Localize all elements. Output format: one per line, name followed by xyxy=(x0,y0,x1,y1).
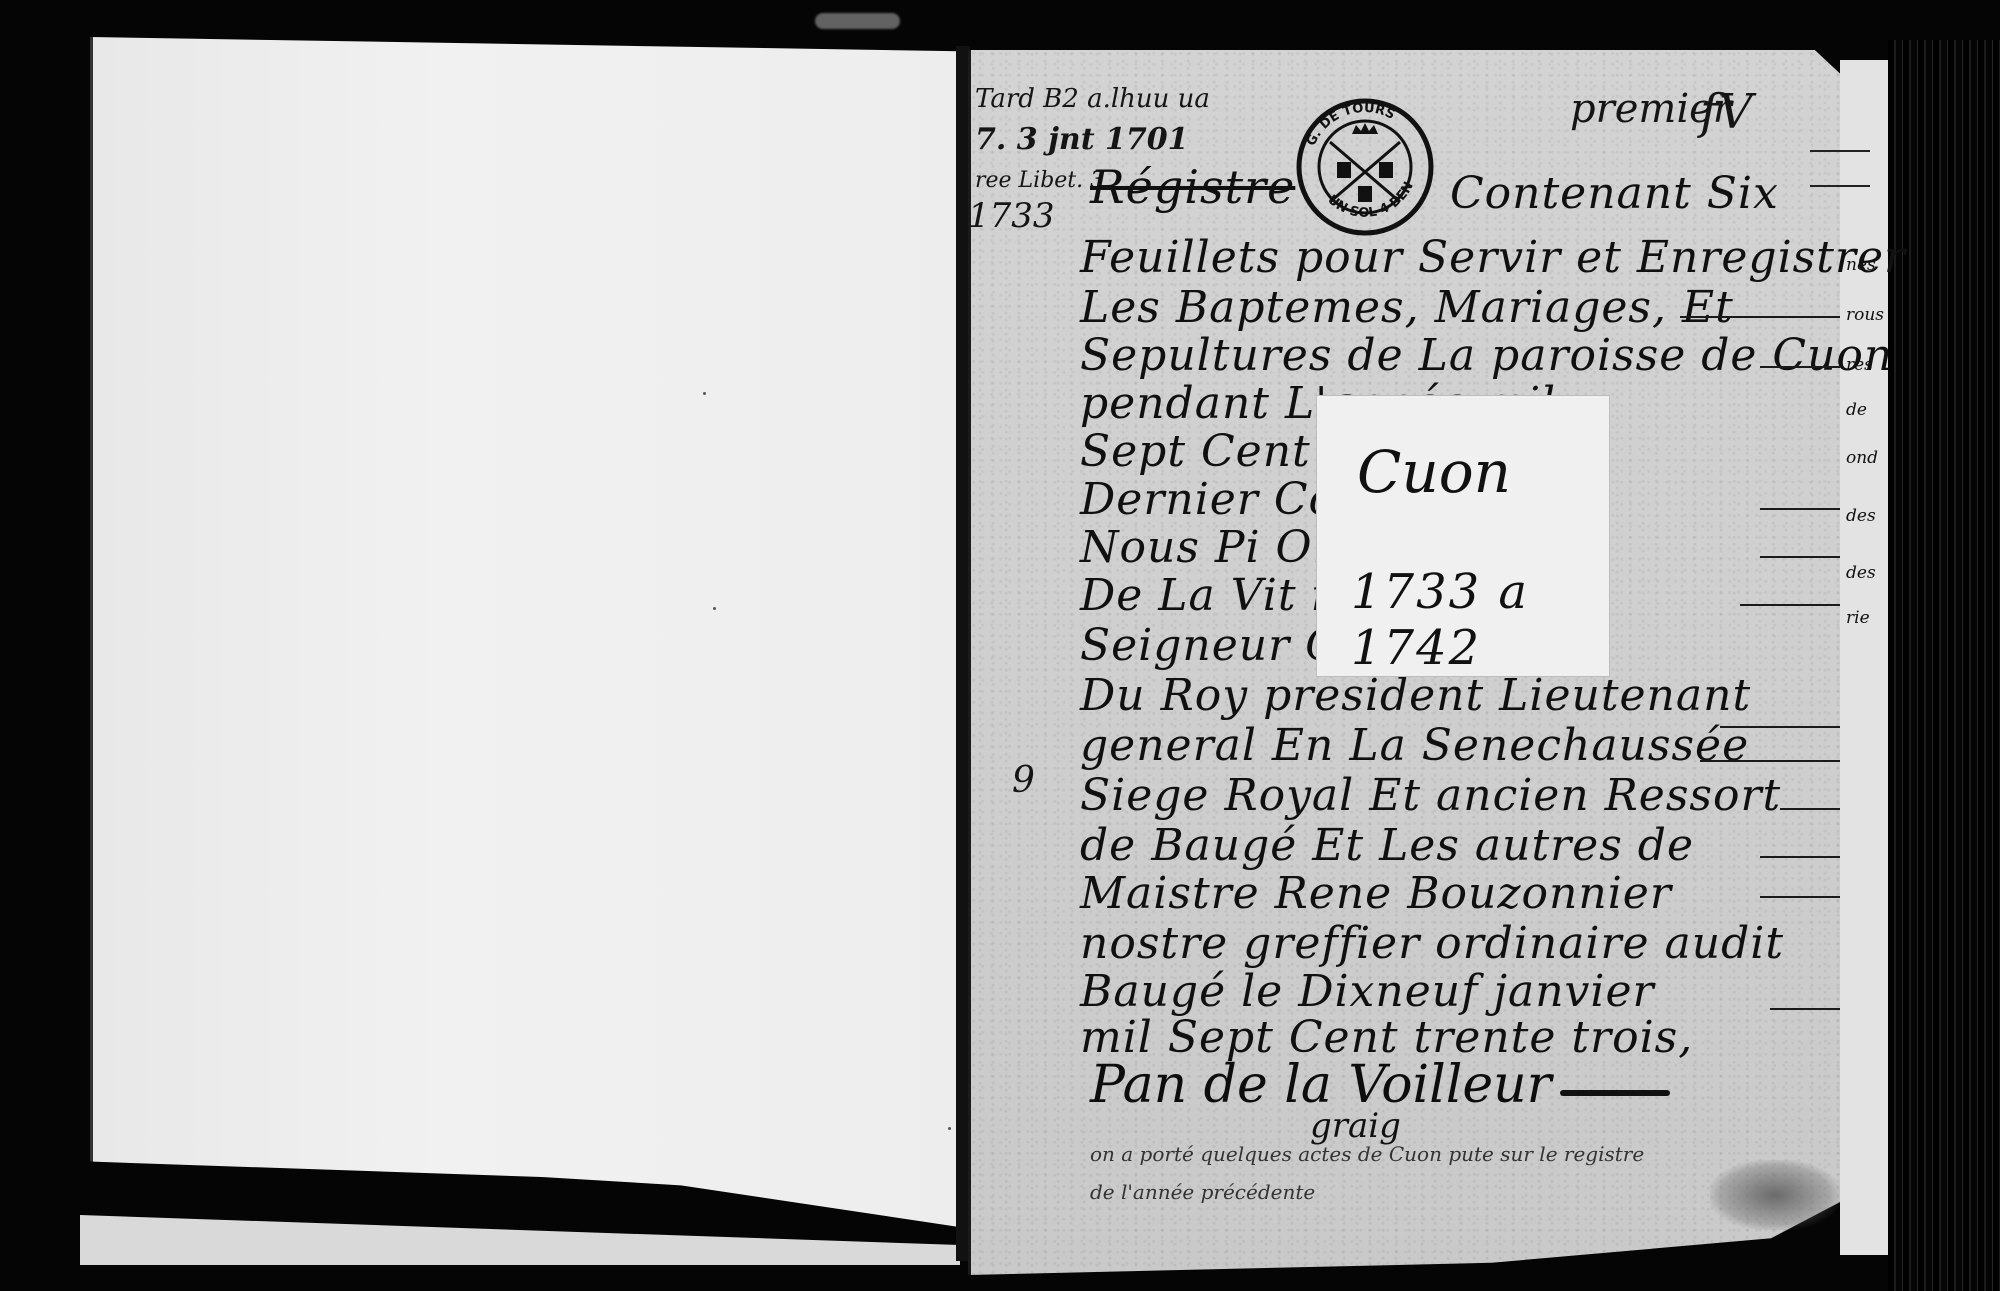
text-line: general En La Senechaussée xyxy=(1080,720,1749,771)
left-page-underlay xyxy=(80,1215,960,1265)
text-line: Baugé le Dixneuf janvier xyxy=(1080,966,1655,1017)
paper-speck xyxy=(703,392,706,395)
footnote-line: on a porté quelques actes de Cuon pute s… xyxy=(1090,1142,1644,1166)
strip-fragment: des xyxy=(1846,506,1876,526)
label-place-name: Cuon xyxy=(1357,438,1511,506)
text-line: de Baugé Et Les autres de xyxy=(1080,820,1694,871)
line-filler xyxy=(1760,508,1840,510)
text-line: Les Baptemes, Mariages, Et xyxy=(1080,282,1734,333)
strip-fragment: ond xyxy=(1846,448,1878,468)
tax-stamp-icon: G. DE TOURS UN SOL 4 DEN xyxy=(1290,92,1440,242)
text-line: nostre greffier ordinaire audit xyxy=(1080,918,1784,969)
archive-label-card: Cuon 1733 a 1742 xyxy=(1317,396,1609,676)
line-filler xyxy=(1720,726,1840,728)
text-line: Contenant Six xyxy=(1450,168,1779,219)
left-page-blank xyxy=(90,37,959,1227)
strip-fragment: rous xyxy=(1846,305,1884,325)
line-filler xyxy=(1770,1008,1840,1010)
ruled-line xyxy=(1810,185,1870,187)
paper-speck xyxy=(713,607,716,610)
line-filler xyxy=(1780,808,1840,810)
line-filler xyxy=(1760,366,1840,368)
water-stain xyxy=(1710,1160,1840,1230)
ruled-line xyxy=(1810,150,1870,152)
margin-note: 7. 3 jnt 1701 xyxy=(975,122,1189,157)
footnote-line: de l'année précédente xyxy=(1090,1180,1315,1204)
strip-fragment: rie xyxy=(1846,608,1870,628)
line-filler xyxy=(1700,760,1840,762)
text-line: Maistre Rene Bouzonnier xyxy=(1080,868,1672,919)
margin-note-year: 1733 xyxy=(968,196,1055,236)
label-year-range: 1733 a 1742 xyxy=(1351,564,1609,676)
line-filler xyxy=(1760,896,1840,898)
line-filler xyxy=(1760,856,1840,858)
paper-speck xyxy=(948,1127,951,1130)
line-filler xyxy=(1740,604,1840,606)
strip-fragment: des xyxy=(1846,563,1876,583)
folio-mark: fV xyxy=(1700,84,1752,140)
text-line: Du Roy president Lieutenant xyxy=(1080,670,1751,721)
line-filler xyxy=(1760,556,1840,558)
title-word: Régistre xyxy=(1090,160,1295,214)
margin-note: ree Libet. 3 xyxy=(975,168,1104,193)
line-filler xyxy=(1680,316,1840,318)
paraphe: graig xyxy=(1310,1106,1401,1146)
text-line: Siege Royal Et ancien Ressort xyxy=(1080,770,1781,821)
top-ink-smudge xyxy=(815,13,900,29)
book-binding xyxy=(1888,40,2000,1291)
strip-fragment: de xyxy=(1846,400,1867,420)
text-line: Feuillets pour Servir et Enregistrer xyxy=(1080,232,1906,283)
register-scan: nes rous res de ond des des rie Tard B2 … xyxy=(0,0,2000,1291)
margin-note: Tard B2 a.lhuu ua xyxy=(975,84,1210,114)
signature-flourish xyxy=(1560,1090,1670,1096)
left-margin-mark: 9 xyxy=(1012,760,1035,801)
text-line: Sepultures de La paroisse de Cuon xyxy=(1080,330,1893,381)
